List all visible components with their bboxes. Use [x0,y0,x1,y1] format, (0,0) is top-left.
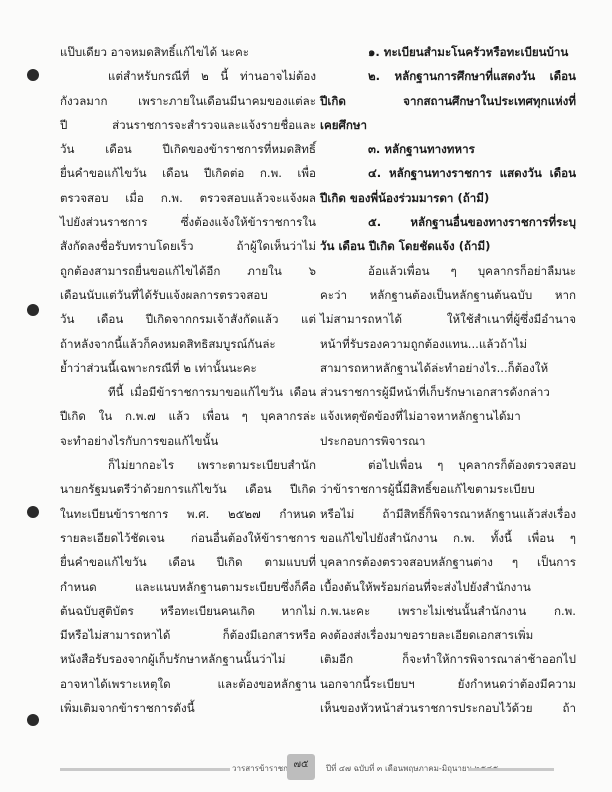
text-line: นายกรัฐมนตรีว่าด้วยการแก้ไขวัน เดือน ปีเ… [60,477,316,501]
text-line: นอกจากนี้ระเบียบฯ ยังกำหนดว่าต้องมีความ [320,672,576,696]
text-line: ยื่นคำขอแก้ไขวัน เดือน ปีเกิดต่อ ก.พ. เพ… [60,161,316,185]
text-line: ต่อไปเพื่อน ๆ บุคลากรก็ต้องตรวจสอบ [320,453,576,477]
text-line: ๔. หลักฐานทางราชการ แสดงวัน เดือน [320,161,576,185]
text-line: สามารถหาหลักฐานได้ล่ะทำอย่างไร...ก็ต้องใ… [320,356,576,380]
text-line: ๕. หลักฐานอื่นของทางราชการที่ระบุ [320,210,576,234]
text-line: ส่วนราชการผู้มีหน้าที่เก็บรักษาเอกสารดัง… [320,380,576,404]
punch-hole-icon [27,304,39,316]
text-line: รายละเอียดไว้ชัดเจน ก่อนอื่นต้องให้ข้ารา… [60,526,316,550]
text-line: กำหนด และแนบหลักฐานตามระเบียบซึ่งก็คือ [60,575,316,599]
punch-hole-icon [27,506,39,518]
text-line: หรือไม่ ถ้ามีสิทธิ์ก็พิจารณาหลักฐานแล้วส… [320,502,576,526]
text-line: อ้อแล้วเพื่อน ๆ บุคลากรก็อย่าลืมนะ [320,259,576,283]
text-line: วัน เดือน ปีเกิดจากกรมเจ้าสังกัดแล้ว แต่ [60,307,316,331]
left-column: แป๊บเดียว อาจหมดสิทธิ์แก้ไขได้ นะคะแต่สำ… [60,40,316,720]
punch-hole-icon [27,69,39,81]
text-line: สังกัดลงชื่อรับทราบโดยเร็ว ถ้าผู้ใดเห็นว… [60,234,316,258]
text-line: เบื้องต้นให้พร้อมก่อนที่จะส่งไปยังสำนักง… [320,575,576,599]
text-line: อาจหาได้เพราะเหตุใด และต้องขอหลักฐาน [60,672,316,696]
text-line: ทีนี้ เมื่อมีข้าราชการมาขอแก้ไขวัน เดือน [60,380,316,404]
footer-rule-left [60,768,230,771]
text-line: ปีเกิด ใน ก.พ.๗ แล้ว เพื่อน ๆ บุคลากรล่ะ [60,404,316,428]
page-number: ๗๕ [287,754,315,780]
text-line: เพิ่มเติมจากข้าราชการดังนี้ [60,696,316,720]
text-line: แจ้งเหตุขัดข้องที่ไม่อาจหาหลักฐานได้มา [320,404,576,428]
text-line: มีหรือไม่สามารถหาได้ ก็ต้องมีเอกสารหรือ [60,623,316,647]
text-line: ไปยังส่วนราชการ ซึ่งต้องแจ้งให้ข้าราชการ… [60,210,316,234]
text-line: แต่สำหรับกรณีที่ ๒ นี้ ท่านอาจไม่ต้อง [60,64,316,88]
text-line: ปี ส่วนราชการจะสำรวจและแจ้งรายชื่อและ [60,113,316,137]
text-line: ต้นฉบับสูติบัตร หรือทะเบียนคนเกิด หากไม่ [60,599,316,623]
text-line: ไม่สามารถหาได้ ให้ใช้สำเนาที่ผู้ซึ่งมีอำ… [320,307,576,331]
text-line: ในทะเบียนข้าราชการ พ.ศ. ๒๕๒๗ กำหนด [60,502,316,526]
text-line: ถูกต้องสามารถยื่นขอแก้ไขได้อีก ภายใน ๖ [60,259,316,283]
page-footer: วารสารข้าราชการ ๗๕ ปีที่ ๔๗ ฉบับที่ ๓ เด… [0,752,612,782]
text-line: จะทำอย่างไรกับการขอแก้ไขนั้น [60,429,316,453]
text-line: วัน เดือน ปีเกิดของข้าราชการที่หมดสิทธิ์ [60,137,316,161]
text-line: ถ้าหลังจากนี้แล้วก็คงหมดสิทธิสมบูรณ์กันล… [60,332,316,356]
text-line: เห็นของหัวหน้าส่วนราชการประกอบไว้ด้วย ถ้… [320,696,576,720]
text-line: ๒. หลักฐานการศึกษาที่แสดงวัน เดือน [320,64,576,88]
text-line: วัน เดือน ปีเกิด โดยชัดแจ้ง (ถ้ามี) [320,234,576,258]
text-line: หน้าที่รับรองความถูกต้องแทน...แล้วถ้าไม่ [320,332,576,356]
text-line: ก.พ.นะคะ เพราะไม่เช่นนั้นสำนักงาน ก.พ. [320,599,576,623]
text-line: ประกอบการพิจารณา [320,429,576,453]
text-line: ตรวจสอบ เมื่อ ก.พ. ตรวจสอบแล้วจะแจ้งผล [60,186,316,210]
text-line: เคยศึกษา [320,113,576,137]
text-line: ๓. หลักฐานทางทหาร [320,137,576,161]
punch-hole-icon [27,714,39,726]
text-line: แป๊บเดียว อาจหมดสิทธิ์แก้ไขได้ นะคะ [60,40,316,64]
footer-rule-right [468,768,554,771]
text-line: เดือนนับแต่วันที่ได้รับแจ้งผลการตรวจสอบ [60,283,316,307]
text-line: หนังสือรับรองจากผู้เก็บรักษาหลักฐานนั้นว… [60,647,316,671]
text-line: ปีเกิด จากสถานศึกษาในประเทศทุกแห่งที่ [320,89,576,113]
text-line: ก็ไม่ยากอะไร เพราะตามระเบียบสำนัก [60,453,316,477]
text-line: คะว่า หลักฐานต้องเป็นหลักฐานต้นฉบับ หาก [320,283,576,307]
text-line: ขอแก้ไขไปยังสำนักงาน ก.พ. ทั้งนี้ เพื่อน… [320,526,576,550]
text-line: บุคลากรต้องตรวจสอบหลักฐานต่าง ๆ เป็นการ [320,550,576,574]
right-column: ๑. ทะเบียนสำมะโนครัวหรือทะเบียนบ้าน๒. หล… [320,40,576,720]
text-line: ย้ำว่าส่วนนี้เฉพาะกรณีที่ ๒ เท่านั้นนะคะ [60,356,316,380]
text-line: ปีเกิด ของพี่น้องร่วมมารดา (ถ้ามี) [320,186,576,210]
text-line: คงต้องส่งเรื่องมาขอรายละเอียดเอกสารเพิ่ม [320,623,576,647]
text-line: กังวลมาก เพราะภายในเดือนมีนาคมของแต่ละ [60,89,316,113]
text-line: ว่าข้าราชการผู้นี้มีสิทธิ์ขอแก้ไขตามระเบ… [320,477,576,501]
text-line: ๑. ทะเบียนสำมะโนครัวหรือทะเบียนบ้าน [320,40,576,64]
text-line: เติมอีก ก็จะทำให้การพิจารณาล่าช้าออกไป [320,647,576,671]
text-line: ยื่นคำขอแก้ไขวัน เดือน ปีเกิด ตามแบบที่ [60,550,316,574]
